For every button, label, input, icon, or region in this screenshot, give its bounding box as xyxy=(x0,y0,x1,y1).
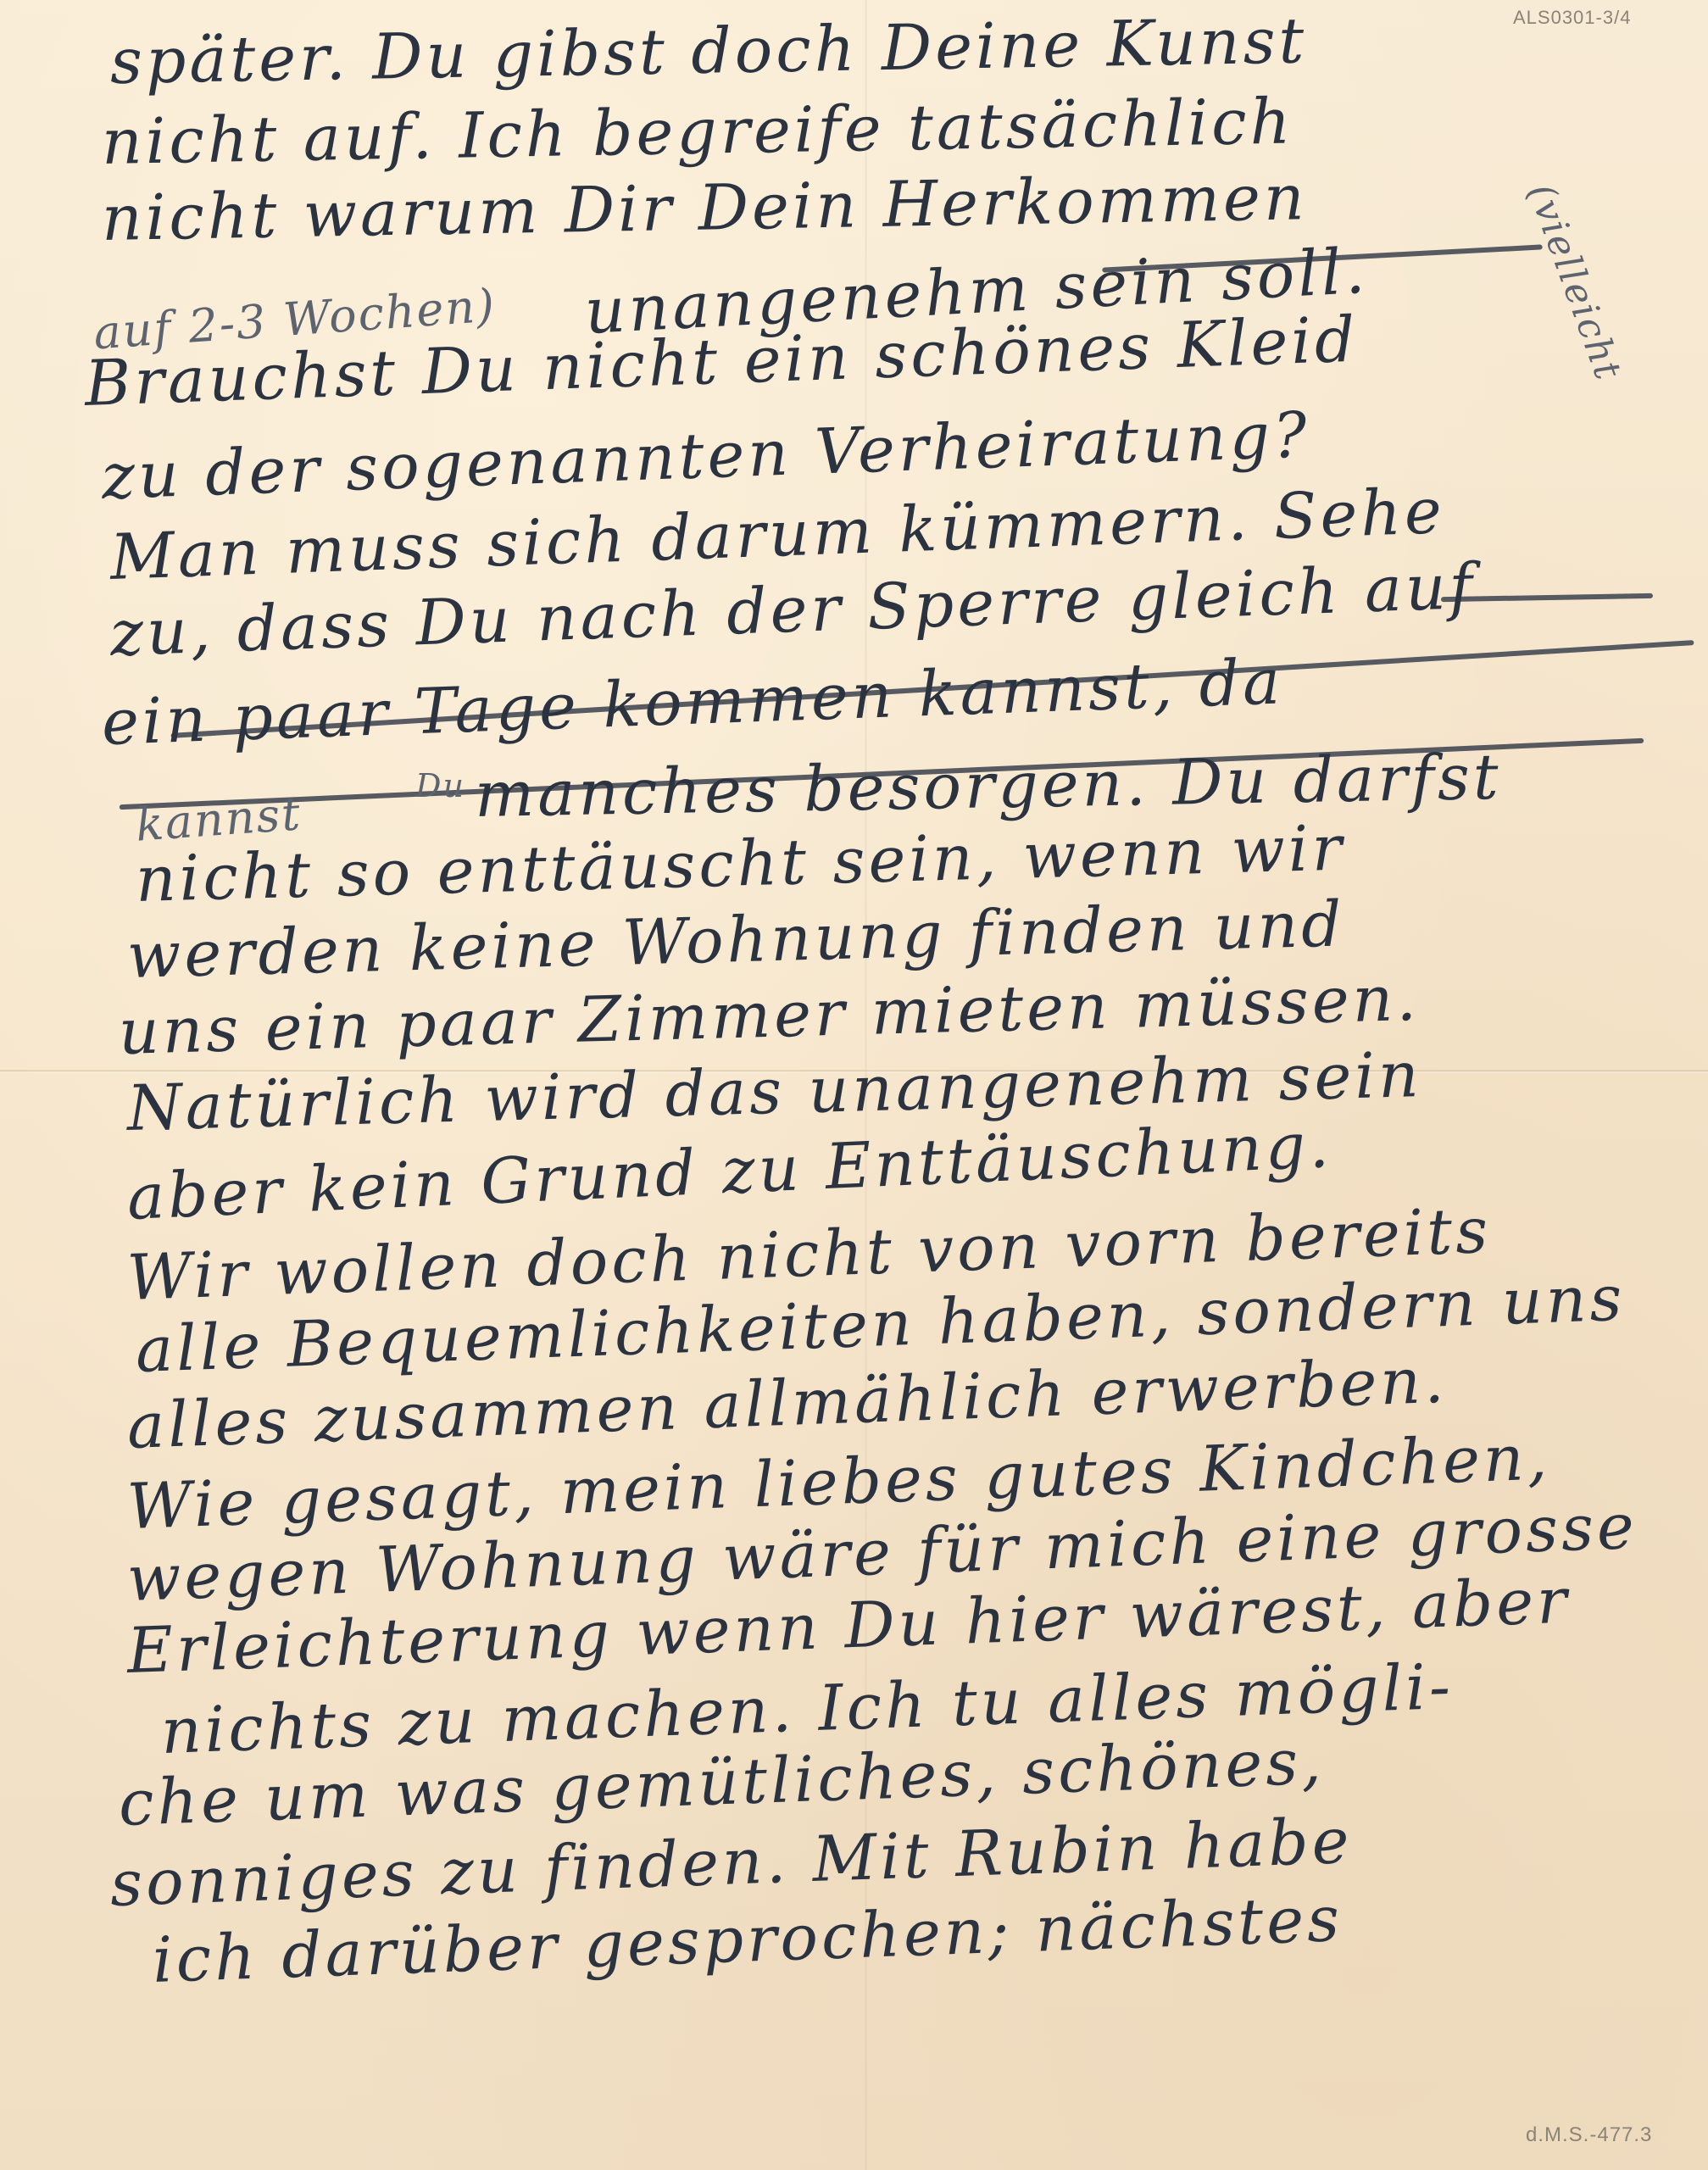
letter-line-1: später. Du gibst doch Deine Kunst xyxy=(109,4,1308,98)
margin-note-vielleicht: (vielleicht xyxy=(1519,178,1630,387)
archive-mark-bottom: d.M.S.-477.3 xyxy=(1526,2123,1652,2147)
letter-line-10: manches besorgen. Du darfst xyxy=(474,741,1502,832)
letter-body: später. Du gibst doch Deine Kunst nicht … xyxy=(0,0,1708,2170)
margin-note-du: Du xyxy=(415,767,465,804)
